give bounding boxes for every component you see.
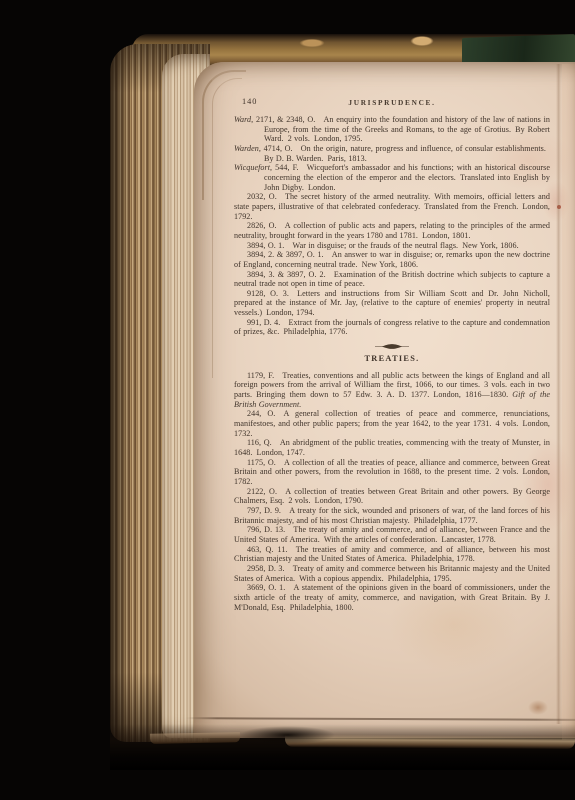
- catalog-entry: 2122, O. A collection of treaties betwee…: [234, 487, 550, 506]
- catalog-entry: 2826, O. A collection of public acts and…: [234, 221, 550, 240]
- catalog-entry: 463, Q. 11. The treaties of amity and co…: [234, 545, 550, 564]
- catalog-entry: 116, Q. An abridgment of the public trea…: [234, 438, 550, 457]
- catalog-entry: Ward, 2171, & 2348, O. An enquiry into t…: [234, 115, 550, 144]
- book-photo: 140 JURISPRUDENCE. Ward, 2171, & 2348, O…: [0, 0, 575, 800]
- catalog-entry: 797, D. 9. A treaty for the sick, wounde…: [234, 506, 550, 525]
- page-corner-edge-line: [212, 78, 242, 378]
- catalog-entry: 3894, 3. & 3897, O. 2. Examination of th…: [234, 270, 550, 289]
- bottom-edge-wear: [240, 726, 335, 744]
- catalog-entry: 1175, O. A collection of all the treatie…: [234, 458, 550, 487]
- section-divider-ornament: [234, 343, 550, 350]
- book-page: 140 JURISPRUDENCE. Ward, 2171, & 2348, O…: [194, 62, 575, 738]
- catalog-entry: 2958, D. 3. Treaty of amity and commerce…: [234, 564, 550, 583]
- section-heading-treaties: TREATIES.: [234, 354, 550, 364]
- bottom-page-edge: [150, 732, 240, 744]
- catalog-entry: 796, D. 13. The treaty of amity and comm…: [234, 525, 550, 544]
- catalog-entry: 3894, O. 1. War in disguise; or the frau…: [234, 241, 550, 251]
- catalog-entry: 3669, O. 1. A statement of the opinions …: [234, 583, 550, 612]
- page-header: 140 JURISPRUDENCE.: [234, 97, 550, 108]
- catalog-entry: 991, D. 4. Extract from the journals of …: [234, 318, 550, 337]
- section-jurisprudence-entries: Ward, 2171, & 2348, O. An enquiry into t…: [234, 115, 550, 337]
- swelled-rule-icon: [375, 343, 409, 350]
- catalog-entry: 244, O. A general collection of treaties…: [234, 409, 550, 438]
- catalog-entry: 1179, F. Treaties, conventions and all p…: [234, 371, 550, 410]
- running-head: JURISPRUDENCE.: [234, 98, 550, 108]
- catalog-entry: 9128, O. 3. Letters and instructions fro…: [234, 289, 550, 318]
- page-right-edge: [562, 64, 575, 740]
- catalog-entry: 2032, O. The secret history of the armed…: [234, 192, 550, 221]
- catalog-entry: Wicquefort, 544, F. Wicquefort's ambassa…: [234, 163, 550, 192]
- catalog-entry: 3894, 2. & 3897, O. 1. An answer to war …: [234, 250, 550, 269]
- catalog-entry: Warden, 4714, O. On the origin, nature, …: [234, 144, 550, 163]
- page-content: 140 JURISPRUDENCE. Ward, 2171, & 2348, O…: [234, 97, 550, 612]
- section-treaties-entries: 1179, F. Treaties, conventions and all p…: [234, 371, 550, 612]
- paper-stain: [528, 700, 548, 715]
